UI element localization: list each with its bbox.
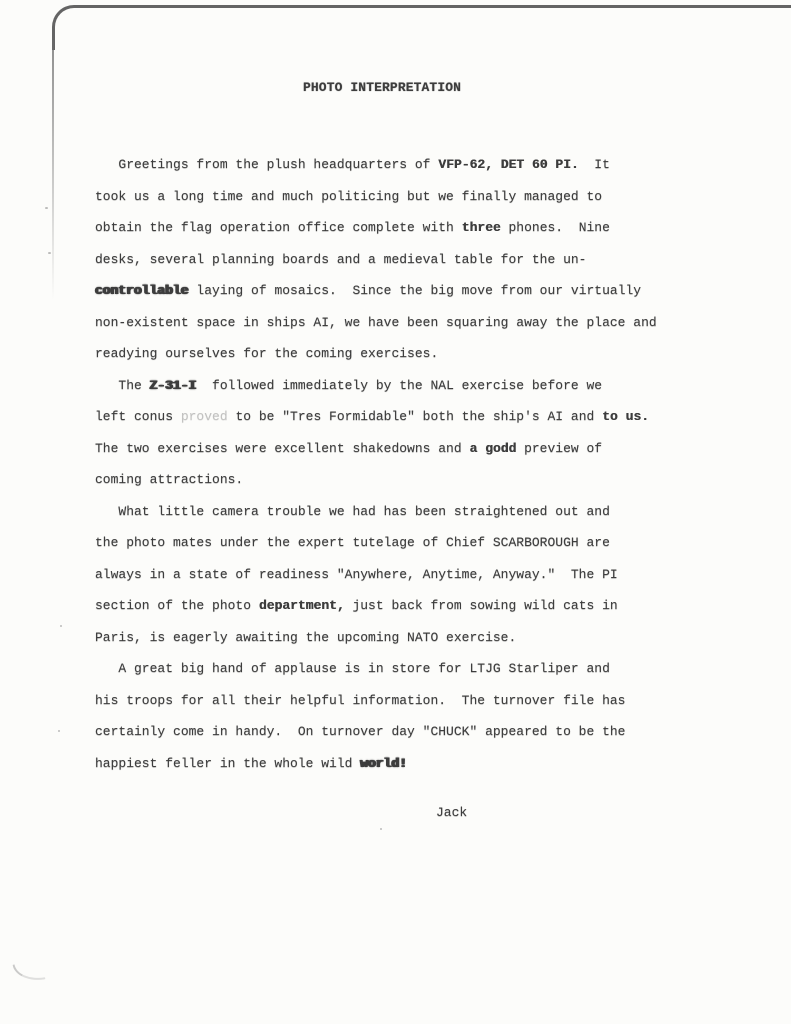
scan-speck	[58, 730, 60, 732]
scan-speck	[60, 625, 62, 627]
text-segment: to be "Tres Formidable" both the ship's …	[228, 409, 602, 424]
text-line: always in a state of readiness "Anywhere…	[95, 559, 735, 591]
text-segment: took us a long time and much politicing …	[95, 189, 602, 204]
text-segment: section of the photo	[95, 598, 259, 613]
text-segment: certainly come in handy. On turnover day…	[95, 724, 626, 739]
text-line: the photo mates under the expert tutelag…	[95, 527, 735, 559]
text-segment: three	[462, 220, 501, 235]
text-segment: VFP-62, DET 60 PI.	[438, 157, 578, 172]
text-segment: proved	[181, 409, 228, 424]
text-segment: laying of mosaics. Since the big move fr…	[189, 283, 641, 298]
text-segment: Z-31-I	[150, 378, 197, 393]
text-segment: The	[95, 378, 150, 393]
page-edge-top	[52, 5, 791, 50]
text-segment: a godd	[469, 441, 516, 456]
text-segment: preview of	[516, 441, 602, 456]
text-segment: What little camera trouble we had has be…	[95, 504, 610, 519]
text-segment: controllable	[95, 283, 189, 298]
text-segment: The two exercises were excellent shakedo…	[95, 441, 469, 456]
text-segment: happiest feller in the whole wild	[95, 756, 360, 771]
scanned-page: PHOTO INTERPRETATION Greetings from the …	[0, 0, 791, 1024]
text-line: The two exercises were excellent shakedo…	[95, 433, 735, 465]
text-line: section of the photo department, just ba…	[95, 590, 735, 622]
scan-speck	[48, 252, 51, 254]
document-title: PHOTO INTERPRETATION	[303, 80, 461, 95]
text-line: took us a long time and much politicing …	[95, 181, 735, 213]
text-line: obtain the flag operation office complet…	[95, 212, 735, 244]
text-line: certainly come in handy. On turnover day…	[95, 716, 735, 748]
typed-lines: Greetings from the plush headquarters of…	[95, 149, 735, 779]
scan-speck	[45, 207, 48, 209]
text-segment: obtain the flag operation office complet…	[95, 220, 462, 235]
text-line: non-existent space in ships AI, we have …	[95, 307, 735, 339]
text-line: controllable laying of mosaics. Since th…	[95, 275, 735, 307]
text-line: The Z-31-I followed immediately by the N…	[95, 370, 735, 402]
text-segment: his troops for all their helpful informa…	[95, 693, 626, 708]
text-line: his troops for all their helpful informa…	[95, 685, 735, 717]
text-line: What little camera trouble we had has be…	[95, 496, 735, 528]
text-segment: readying ourselves for the coming exerci…	[95, 346, 438, 361]
text-segment: to us.	[602, 409, 649, 424]
scan-speck	[380, 828, 382, 830]
text-segment: followed immediately by the NAL exercise…	[196, 378, 602, 393]
text-segment: department,	[259, 598, 345, 613]
text-line: desks, several planning boards and a med…	[95, 244, 735, 276]
text-segment: always in a state of readiness "Anywhere…	[95, 567, 618, 582]
text-segment: A great big hand of applause is in store…	[95, 661, 610, 676]
text-segment: non-existent space in ships AI, we have …	[95, 315, 657, 330]
text-segment: coming attractions.	[95, 472, 243, 487]
text-segment: left conus	[95, 409, 181, 424]
text-segment: world!	[360, 756, 407, 771]
text-segment: Paris, is eagerly awaiting the upcoming …	[95, 630, 516, 645]
text-segment: Greetings from the plush headquarters of	[95, 157, 438, 172]
text-line: Paris, is eagerly awaiting the upcoming …	[95, 622, 735, 654]
text-segment: the photo mates under the expert tutelag…	[95, 535, 610, 550]
text-line: A great big hand of applause is in store…	[95, 653, 735, 685]
text-line: happiest feller in the whole wild world!	[95, 748, 735, 780]
text-line: left conus proved to be "Tres Formidable…	[95, 401, 735, 433]
text-line: readying ourselves for the coming exerci…	[95, 338, 735, 370]
text-segment: just back from sowing wild cats in	[345, 598, 618, 613]
text-line: coming attractions.	[95, 464, 735, 496]
text-segment: phones. Nine	[501, 220, 610, 235]
signature: Jack	[436, 803, 467, 823]
text-line: Greetings from the plush headquarters of…	[95, 149, 735, 181]
text-segment: It	[579, 157, 610, 172]
page-edge-left	[52, 40, 54, 300]
page-curl-mark	[12, 960, 45, 985]
text-segment: desks, several planning boards and a med…	[95, 252, 586, 267]
